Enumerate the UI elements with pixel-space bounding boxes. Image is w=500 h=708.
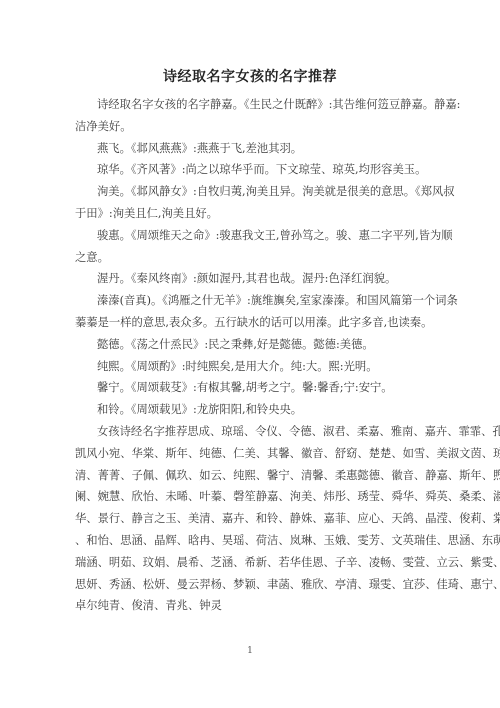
text-line: 于田》:洵美且仁,洵美且好。 <box>75 203 425 225</box>
text-line: 阑、婉慧、欣怡、未晞、叶蓁、磬笙静嘉、洵美、炜彤、琇莹、舜华、舜英、桑柔、淑女、… <box>75 486 425 508</box>
text-line: 渥丹。《秦风终南》:颜如渥丹,其君也哉。渥丹:色泽红润貌。 <box>75 268 425 290</box>
text-line: 思妍、秀涵、松妍、曼云羿杨、梦颖、聿菡、雅欣、亭清、璟雯、宜莎、佳琦、惠宁、兆美… <box>75 574 425 596</box>
text-line: 洵美。《邶风静女》:自牧归荑,洵美且异。洵美就是很美的意思。《郑风叔 <box>75 181 425 203</box>
text-line: 华、景行、静言之玉、美清、嘉卉、和铃、静姝、嘉菲、应心、天鸽、晶滢、俊莉、棠菲和… <box>75 508 425 530</box>
text-line: 纯熙。《周颂酌》:时纯熙矣,是用大介。纯:大。熙:光明。 <box>75 356 425 378</box>
document-page: 诗经取名字女孩的名字推荐 诗经取名字女孩的名字静嘉。《生民之什既醉》:其告维何笾… <box>0 0 500 708</box>
document-body: 诗经取名字女孩的名字静嘉。《生民之什既醉》:其告维何笾豆静嘉。静嘉:洁净美好。燕… <box>75 94 425 617</box>
text-line: 骏惠。《周颂维天之命》:骏惠我文王,曾孙笃之。骏、惠二字平列,皆为顺 <box>75 225 425 247</box>
text-line: 诗经取名字女孩的名字静嘉。《生民之什既醉》:其告维何笾豆静嘉。静嘉: <box>75 94 425 116</box>
page-number: 1 <box>0 646 500 656</box>
text-line: 卓尔纯青、俊清、青兆、钟灵 <box>75 595 425 617</box>
text-line: 清、菁菁、子佩、佩玖、如云、纯熙、馨宁、清馨、柔惠懿德、徽音、静嘉、斯年、煦涵、… <box>75 465 425 487</box>
text-line: 女孩诗经名字推荐思成、琼瑶、令仪、令德、淑君、柔嘉、雅南、嘉卉、霏霏、孔阳、 <box>75 421 425 443</box>
text-line: 、和怡、思涵、晶辉、晗冉、昊瑶、荷洁、岚琳、玉娥、雯芳、文英瑞佳、思涵、东萌、亦… <box>75 530 425 552</box>
text-line: 馨宁。《周颂载芟》:有椒其馨,胡考之宁。馨:馨香;宁:安宁。 <box>75 377 425 399</box>
text-line: 凯风小宛、华棠、斯年、纯德、仁美、其馨、徽音、舒窈、楚楚、如雪、美淑文茵、琼华、… <box>75 443 425 465</box>
text-line: 溱溱(音真)。《鸿雁之什无羊》:旐维旟矣,室家溱溱。和国风篇第一个词条 <box>75 290 425 312</box>
text-line: 瑞涵、明茹、玟娟、晨希、芝涵、希新、若华佳恩、子辛、凌畅、雯萱、立云、紫雯、书兰… <box>75 552 425 574</box>
text-line: 蓁蓁是一样的意思,表众多。五行缺水的话可以用溱。此字多音,也读秦。 <box>75 312 425 334</box>
text-line: 琼华。《齐风著》:尚之以琼华乎而。下文琼莹、琼英,均形容美玉。 <box>75 159 425 181</box>
text-line: 洁净美好。 <box>75 116 425 138</box>
text-line: 懿德。《荡之什烝民》:民之秉彝,好是懿德。懿德:美德。 <box>75 334 425 356</box>
document-title: 诗经取名字女孩的名字推荐 <box>0 66 500 86</box>
text-line: 燕飞。《邶风燕燕》:燕燕于飞,差池其羽。 <box>75 138 425 160</box>
text-line: 之意。 <box>75 247 425 269</box>
text-line: 和铃。《周颂载见》:龙旂阳阳,和铃央央。 <box>75 399 425 421</box>
